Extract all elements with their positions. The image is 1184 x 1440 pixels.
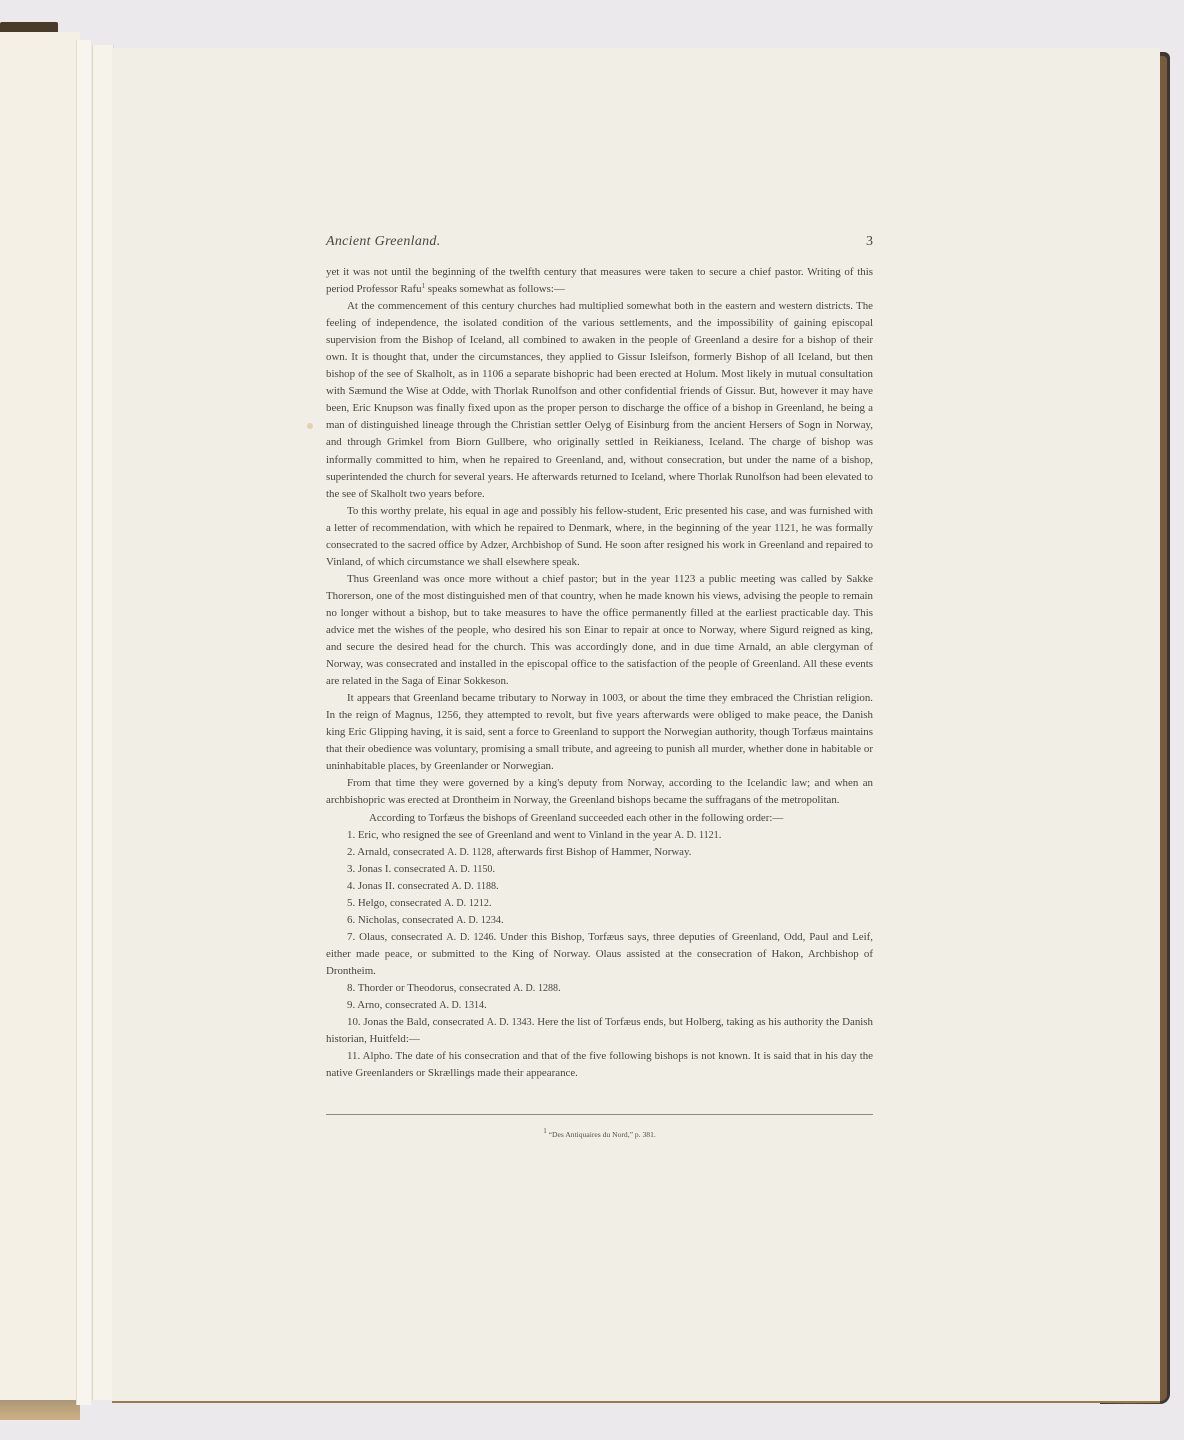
footnote-text: “Des Antiquaires du Nord,” p. 381.: [549, 1130, 656, 1139]
year: 1188: [476, 881, 496, 892]
footnote-rule: [326, 1114, 873, 1115]
footnote: 1 “Des Antiquaires du Nord,” p. 381.: [326, 1130, 873, 1139]
item-text: Nicholas, consecrated: [358, 914, 456, 926]
item-text: Arno, consecrated: [357, 999, 439, 1011]
list-item: 1. Eric, who resigned the see of Greenla…: [326, 827, 873, 844]
year: 1314: [464, 1000, 484, 1011]
item-number: 3.: [347, 863, 355, 875]
year: 1212: [469, 898, 489, 909]
era-label: A. D.: [444, 898, 466, 909]
item-text: Arnald, consecrated: [357, 846, 447, 858]
item-text: .: [501, 914, 504, 926]
list-item: 11. Alpho. The date of his consecration …: [326, 1048, 873, 1082]
year: 1128: [472, 847, 492, 858]
item-number: 4.: [347, 880, 355, 892]
item-text: Jonas I. consecrated: [358, 863, 448, 875]
era-label: A. D.: [447, 847, 469, 858]
binding-guard-strip: [76, 40, 91, 1405]
item-text: .: [558, 982, 561, 994]
list-item: 3. Jonas I. consecrated A. D. 1150.: [326, 861, 873, 878]
list-item: 7. Olaus, consecrated A. D. 1246. Under …: [326, 929, 873, 980]
paragraph: From that time they were governed by a k…: [326, 775, 873, 809]
bishops-list: 1. Eric, who resigned the see of Greenla…: [326, 827, 873, 1083]
year: 1150: [473, 864, 493, 875]
item-number: 10.: [347, 1016, 361, 1028]
item-text: .: [719, 829, 722, 841]
item-number: 8.: [347, 982, 355, 994]
item-text: Eric, who resigned the see of Greenland …: [358, 829, 674, 841]
paragraph: It appears that Greenland became tributa…: [326, 690, 873, 775]
list-item: 8. Thorder or Theodorus, consecrated A. …: [326, 980, 873, 997]
list-item: 10. Jonas the Bald, consecrated A. D. 13…: [326, 1014, 873, 1048]
year: 1234: [481, 915, 501, 926]
item-text: Alpho. The date of his consecration and …: [326, 1050, 873, 1079]
list-item: 2. Arnald, consecrated A. D. 1128, after…: [326, 844, 873, 861]
foxing-spot: [307, 423, 313, 429]
era-label: A. D.: [456, 915, 478, 926]
year: 1288: [538, 983, 558, 994]
item-number: 5.: [347, 897, 355, 909]
running-title: Ancient Greenland.: [326, 233, 873, 250]
binding-stub: [92, 45, 114, 1400]
paragraph: To this worthy prelate, his equal in age…: [326, 503, 873, 571]
item-number: 11.: [347, 1050, 360, 1062]
running-head: Ancient Greenland. 3: [326, 233, 873, 255]
item-text: .: [484, 999, 487, 1011]
list-item: 5. Helgo, consecrated A. D. 1212.: [326, 895, 873, 912]
page-number: 3: [866, 233, 873, 250]
left-cover-bottom-edge: [0, 1400, 80, 1420]
item-text: .: [496, 880, 499, 892]
item-number: 9.: [347, 999, 355, 1011]
item-number: 7.: [347, 931, 355, 943]
list-item: 6. Nicholas, consecrated A. D. 1234.: [326, 912, 873, 929]
era-label: A. D.: [674, 830, 696, 841]
era-label: A. D.: [487, 1017, 509, 1028]
item-text: Thorder or Theodorus, consecrated: [358, 982, 514, 994]
year: 1121: [699, 830, 719, 841]
item-text: Olaus, consecrated: [359, 931, 446, 943]
era-label: A. D.: [448, 864, 470, 875]
item-text: Helgo, consecrated: [358, 897, 444, 909]
item-number: 1.: [347, 829, 355, 841]
year: 1343: [512, 1017, 532, 1028]
paragraph-text: yet it was not until the beginning of th…: [326, 266, 873, 295]
era-label: A. D.: [452, 881, 474, 892]
era-label: A. D.: [513, 983, 535, 994]
item-text: .: [492, 863, 495, 875]
item-number: 6.: [347, 914, 355, 926]
list-intro: According to Torfæus the bishops of Gree…: [326, 810, 873, 827]
footnote-marker: 1: [543, 1127, 547, 1135]
paragraph-text: speaks somewhat as follows:—: [425, 283, 565, 295]
year: 1246: [474, 932, 494, 943]
paragraph: Thus Greenland was once more without a c…: [326, 571, 873, 690]
left-page: [0, 32, 80, 1417]
list-item: 9. Arno, consecrated A. D. 1314.: [326, 997, 873, 1014]
era-label: A. D.: [439, 1000, 461, 1011]
era-label: A. D.: [446, 932, 469, 943]
paragraph: yet it was not until the beginning of th…: [326, 264, 873, 298]
item-text: Jonas the Bald, consecrated: [363, 1016, 486, 1028]
item-text: .: [489, 897, 492, 909]
item-text: , afterwards first Bishop of Hammer, Nor…: [492, 846, 692, 858]
page-text-block: Ancient Greenland. 3 yet it was not unti…: [326, 233, 873, 1082]
list-item: 4. Jonas II. consecrated A. D. 1188.: [326, 878, 873, 895]
item-number: 2.: [347, 846, 355, 858]
book-page: Ancient Greenland. 3 yet it was not unti…: [112, 48, 1160, 1403]
paragraph: At the commencement of this century chur…: [326, 298, 873, 503]
item-text: Jonas II. consecrated: [358, 880, 452, 892]
